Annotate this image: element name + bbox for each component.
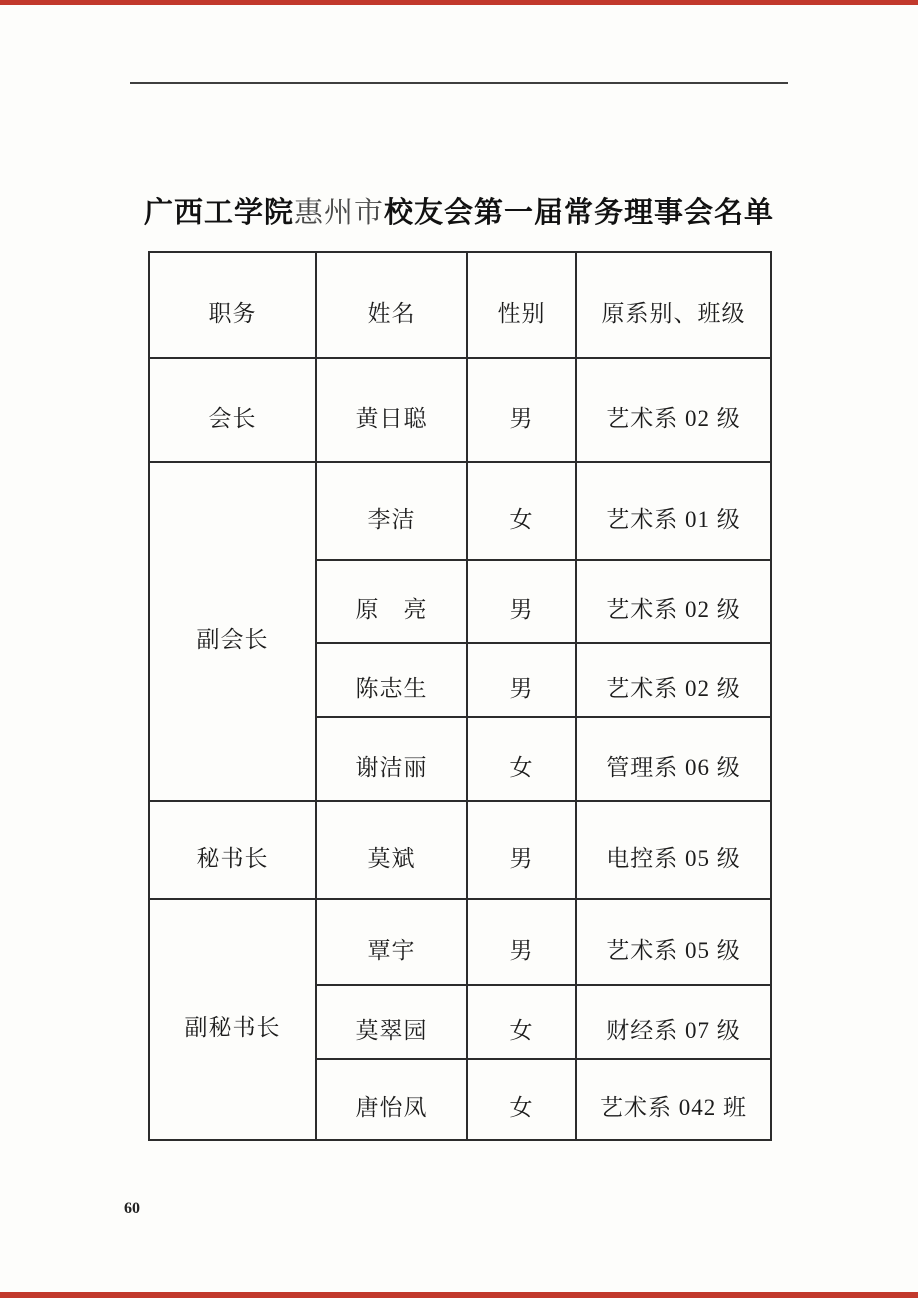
gender-cell: 女 <box>467 985 576 1059</box>
gender-cell: 女 <box>467 1059 576 1140</box>
name-cell: 陈志生 <box>316 643 467 717</box>
document-title: 广西工学院惠州市校友会第一届常务理事会名单 <box>0 190 918 231</box>
title-part-council: 校友会第一届常务理事会名单 <box>384 197 774 229</box>
column-header-gender: 性别 <box>467 252 576 358</box>
position-cell: 秘书长 <box>149 801 316 899</box>
gender-cell: 女 <box>467 717 576 801</box>
name-cell: 覃宇 <box>316 899 467 985</box>
class-cell: 电控系 05 级 <box>576 801 771 899</box>
name-cell: 唐怡凤 <box>316 1059 467 1140</box>
gender-cell: 女 <box>467 462 576 560</box>
gender-cell: 男 <box>467 643 576 717</box>
position-cell: 会长 <box>149 358 316 462</box>
position-cell: 副会长 <box>149 462 316 801</box>
class-cell: 艺术系 02 级 <box>576 643 771 717</box>
class-cell: 艺术系 01 级 <box>576 462 771 560</box>
top-scan-edge <box>0 0 918 5</box>
title-part-city: 惠州市 <box>294 197 384 229</box>
roster-table: 职务 姓名 性别 原系别、班级 会长黄日聪男艺术系 02 级副会长李洁女艺术系 … <box>148 251 772 1141</box>
column-header-position: 职务 <box>149 252 316 358</box>
position-cell: 副秘书长 <box>149 899 316 1140</box>
table-row: 秘书长莫斌男电控系 05 级 <box>149 801 771 899</box>
name-cell: 李洁 <box>316 462 467 560</box>
table-row: 副会长李洁女艺术系 01 级 <box>149 462 771 560</box>
table-row: 副秘书长覃宇男艺术系 05 级 <box>149 899 771 985</box>
title-part-school: 广西工学院 <box>144 197 294 229</box>
column-header-name: 姓名 <box>316 252 467 358</box>
bottom-scan-edge <box>0 1292 918 1298</box>
header-rule-line <box>130 82 788 84</box>
class-cell: 管理系 06 级 <box>576 717 771 801</box>
class-cell: 艺术系 05 级 <box>576 899 771 985</box>
class-cell: 财经系 07 级 <box>576 985 771 1059</box>
name-cell: 原 亮 <box>316 560 467 643</box>
page-number: 60 <box>124 1200 140 1218</box>
gender-cell: 男 <box>467 560 576 643</box>
document-page: { "page": { "title_parts": [ { "text": "… <box>0 0 918 1298</box>
gender-cell: 男 <box>467 358 576 462</box>
table-header-row: 职务 姓名 性别 原系别、班级 <box>149 252 771 358</box>
name-cell: 谢洁丽 <box>316 717 467 801</box>
column-header-class: 原系别、班级 <box>576 252 771 358</box>
name-cell: 莫斌 <box>316 801 467 899</box>
class-cell: 艺术系 02 级 <box>576 358 771 462</box>
table-row: 会长黄日聪男艺术系 02 级 <box>149 358 771 462</box>
class-cell: 艺术系 02 级 <box>576 560 771 643</box>
name-cell: 黄日聪 <box>316 358 467 462</box>
name-cell: 莫翠园 <box>316 985 467 1059</box>
gender-cell: 男 <box>467 899 576 985</box>
gender-cell: 男 <box>467 801 576 899</box>
class-cell: 艺术系 042 班 <box>576 1059 771 1140</box>
